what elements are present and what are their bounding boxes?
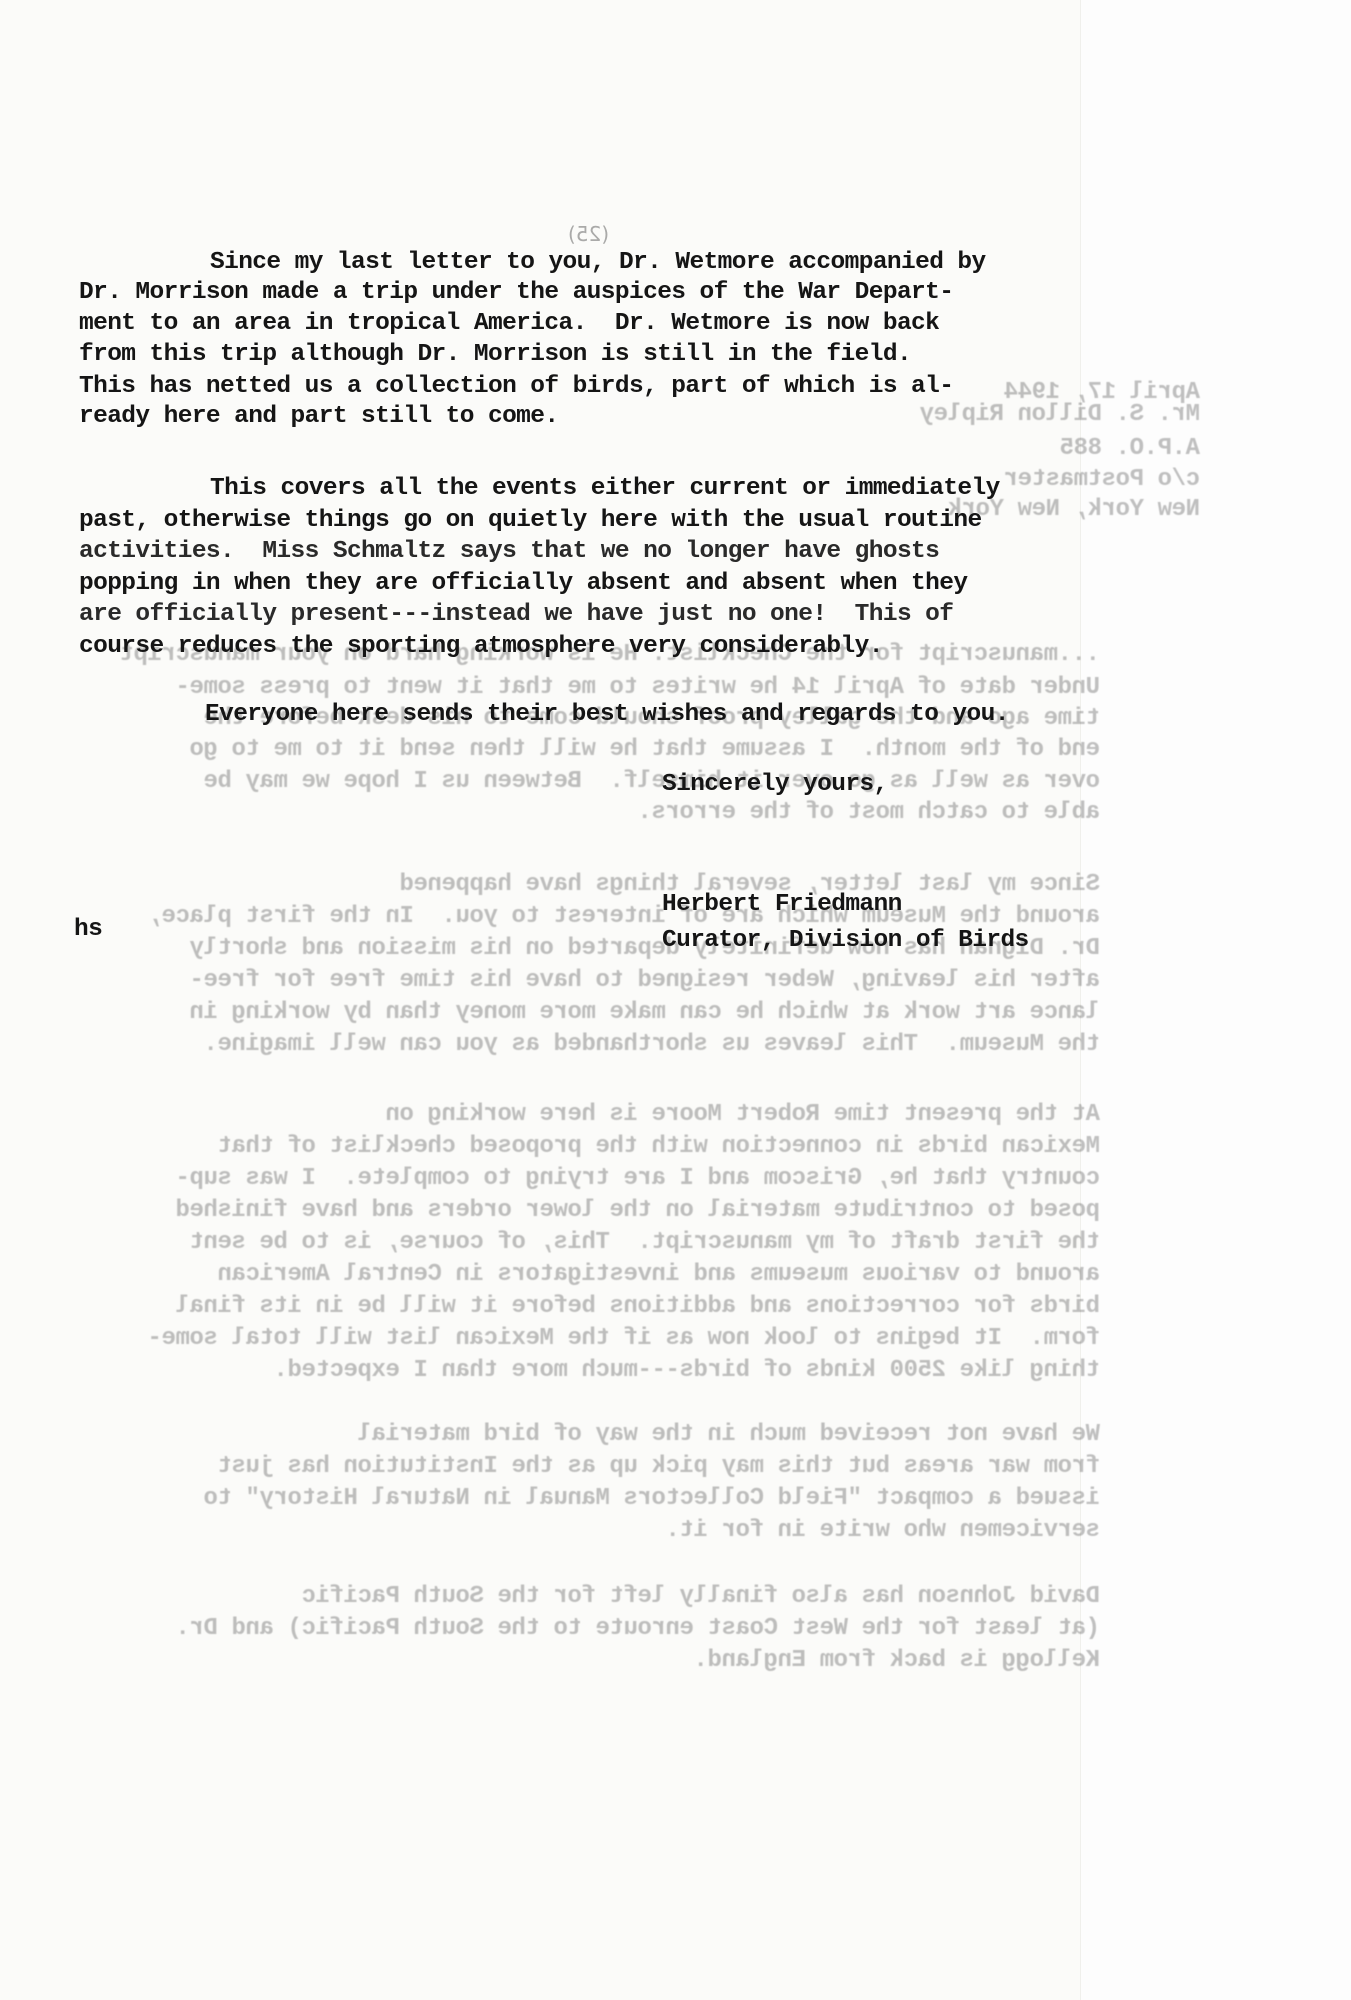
bleed-line: end of the month. I assume that he will … xyxy=(0,735,1100,765)
paper-edge xyxy=(1080,0,1351,2000)
closing: Sincerely yours, xyxy=(662,770,888,800)
text-line: from this trip although Dr. Morrison is … xyxy=(79,340,911,370)
text-line: ment to an area in tropical America. Dr.… xyxy=(79,309,939,339)
bleed-line: around to various museums and investigat… xyxy=(0,1260,1100,1290)
bleed-line: lance art work at which he can make more… xyxy=(0,998,1100,1028)
bleed-line: from war areas but this may pick up as t… xyxy=(0,1452,1100,1482)
bleed-line: Kellogg is back from England. xyxy=(0,1646,1100,1676)
bleed-line: the Museum. This leaves us shorthanded a… xyxy=(0,1030,1100,1060)
bleed-line: over as well as go over it himself. Betw… xyxy=(0,767,1100,797)
text-line: Everyone here sends their best wishes an… xyxy=(205,700,1009,730)
bleed-line: able to catch most of the errors. xyxy=(0,798,1100,828)
typist-initials: hs xyxy=(74,915,102,945)
text-line: course reduces the sporting atmosphere v… xyxy=(79,632,883,662)
bleed-line: birds for corrections and additions befo… xyxy=(0,1292,1100,1322)
signature-name: Herbert Friedmann xyxy=(662,890,902,920)
page-marker: (25) xyxy=(568,222,609,246)
bleed-line: At the present time Robert Moore is here… xyxy=(0,1100,1100,1130)
bleed-line: issued a compact "Field Collectors Manua… xyxy=(0,1484,1100,1514)
text-line: Dr. Morrison made a trip under the auspi… xyxy=(79,278,953,308)
bleed-line: (at least for the West Coast enroute to … xyxy=(0,1614,1100,1644)
text-line: ready here and part still to come. xyxy=(79,402,558,432)
bleed-address-line: A.P.O. 885 xyxy=(100,434,1200,464)
bleed-line: Under date of April 14 he writes to me t… xyxy=(0,673,1100,703)
bleed-line: the first draft of my manuscript. This, … xyxy=(0,1228,1100,1258)
bleed-line: servicemen who write in for it. xyxy=(0,1516,1100,1546)
bleed-line: Since my last letter, several things hav… xyxy=(0,870,1100,900)
bleed-line: form. It begins to look now as if the Me… xyxy=(0,1324,1100,1354)
text-line: past, otherwise things go on quietly her… xyxy=(79,506,982,536)
bleed-line: David Johnson has also finally left for … xyxy=(0,1582,1100,1612)
bleed-line: Mexican birds in connection with the pro… xyxy=(0,1132,1100,1162)
bleed-line: posed to contribute material on the lowe… xyxy=(0,1196,1100,1226)
bleed-line: country that he, Griscom and I are tryin… xyxy=(0,1164,1100,1194)
signature-title: Curator, Division of Birds xyxy=(662,926,1029,956)
text-line: activities. Miss Schmaltz says that we n… xyxy=(79,537,939,567)
text-line: Since my last letter to you, Dr. Wetmore… xyxy=(210,248,986,278)
bleed-line: We have not received much in the way of … xyxy=(0,1420,1100,1450)
text-line: popping in when they are officially abse… xyxy=(79,569,967,599)
bleed-line: after his leaving, Weber resigned to hav… xyxy=(0,966,1100,996)
text-line: This covers all the events either curren… xyxy=(210,474,1000,504)
bleed-line: thing like 2500 kinds of birds---much mo… xyxy=(0,1356,1100,1386)
text-line: are officially present---instead we have… xyxy=(79,600,953,630)
text-line: This has netted us a collection of birds… xyxy=(79,372,953,402)
